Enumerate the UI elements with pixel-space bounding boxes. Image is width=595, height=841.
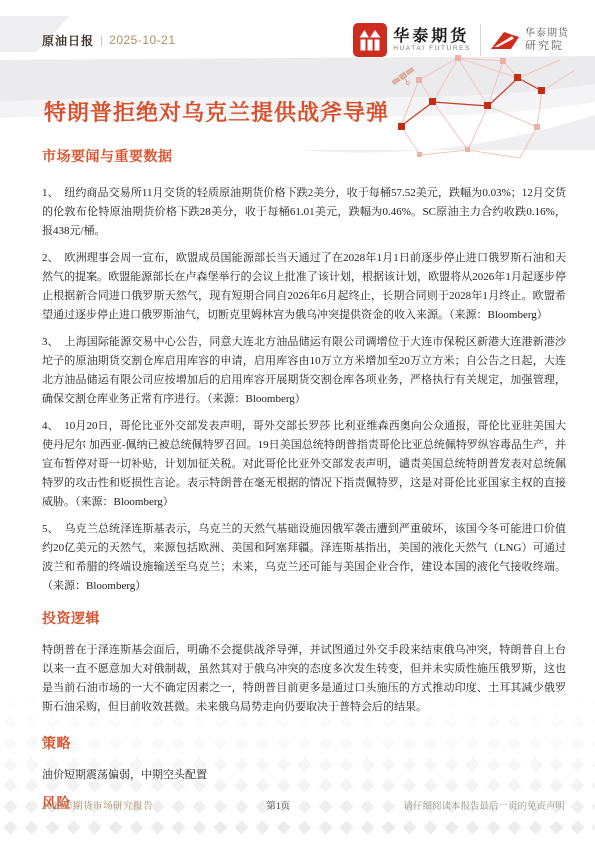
- footer-report-series: 2025年期货市场研究报告: [42, 798, 153, 812]
- institute-name-line1: 华泰期货: [525, 28, 569, 40]
- brand-area: 华泰期货 HUATAI FUTURES 华泰期货 研究院: [353, 23, 569, 57]
- brand-divider: [480, 24, 481, 56]
- report-title: 特朗普拒绝对乌克兰提供战斧导弹: [44, 96, 389, 127]
- report-date: 2025-10-21: [109, 33, 175, 47]
- investment-logic-paragraph: 特朗普在于泽连斯基会面后，明确不会提供战斧导弹，并试图通过外交手段来结束俄乌冲突…: [42, 641, 566, 717]
- section-heading-strategy: 策略: [42, 735, 566, 752]
- report-type-label: 原油日报: [42, 32, 94, 49]
- brand-name-en: HUATAI FUTURES: [393, 45, 471, 53]
- footer-disclaimer: 请仔细阅读本报告最后一页的免责声明: [403, 798, 565, 812]
- report-tag-separator: |: [100, 33, 103, 47]
- institute-text: 华泰期货 研究院: [525, 28, 569, 52]
- report-page: 原油日报 | 2025-10-21 华泰期货 HUATAI FUTURES: [0, 0, 595, 841]
- institute-name-line2: 研究院: [525, 40, 569, 52]
- page-footer: 2025年期货市场研究报告 第1页 请仔细阅读本报告最后一页的免责声明: [42, 798, 565, 812]
- strategy-paragraph: 油价短期震荡偏弱，中期空头配置: [42, 766, 566, 785]
- section-strategy: 策略 油价短期震荡偏弱，中期空头配置: [42, 735, 566, 785]
- news-paragraph-2: 2、 欧洲理事会周一宣布，欧盟成员国能源部长当天通过了在2028年1月1日前逐步…: [42, 249, 566, 325]
- section-market-news: 市场要闻与重要数据 1、 纽约商品交易所11月交货的轻质原油期货价格下跌2美分，…: [42, 148, 566, 596]
- news-paragraph-3: 3、 上海国际能源交易中心公告，同意大连北方油品储运有限公司调增位于大连市保税区…: [42, 333, 566, 409]
- institute-logo-icon: [490, 28, 520, 52]
- brand-text: 华泰期货 HUATAI FUTURES: [393, 28, 471, 53]
- report-body: 市场要闻与重要数据 1、 纽约商品交易所11月交货的轻质原油期货价格下跌2美分，…: [42, 148, 566, 812]
- section-heading-investment-logic: 投资逻辑: [42, 610, 566, 627]
- news-paragraph-1: 1、 纽约商品交易所11月交货的轻质原油期货价格下跌2美分，收于每桶57.52美…: [42, 184, 566, 241]
- huatai-futures-logo: 华泰期货 HUATAI FUTURES: [353, 23, 471, 57]
- news-paragraph-5: 5、 乌克兰总统泽连斯基表示，乌克兰的天然气基础设施因俄军袭击遭到严重破坏，该国…: [42, 520, 566, 596]
- brand-name-cn: 华泰期货: [393, 28, 471, 45]
- research-institute-logo: 华泰期货 研究院: [490, 28, 569, 52]
- section-heading-market-news: 市场要闻与重要数据: [42, 148, 566, 165]
- page-header: 原油日报 | 2025-10-21 华泰期货 HUATAI FUTURES: [42, 20, 569, 60]
- section-investment-logic: 投资逻辑 特朗普在于泽连斯基会面后，明确不会提供战斧导弹，并试图通过外交手段来结…: [42, 610, 566, 717]
- report-tag: 原油日报 | 2025-10-21: [42, 32, 176, 49]
- footer-page-number: 第1页: [266, 798, 290, 812]
- huatai-logo-icon: [353, 23, 387, 57]
- news-paragraph-4: 4、 10月20日，哥伦比亚外交部发表声明，哥外交部长罗莎 比利亚维森西奥向公众…: [42, 417, 566, 512]
